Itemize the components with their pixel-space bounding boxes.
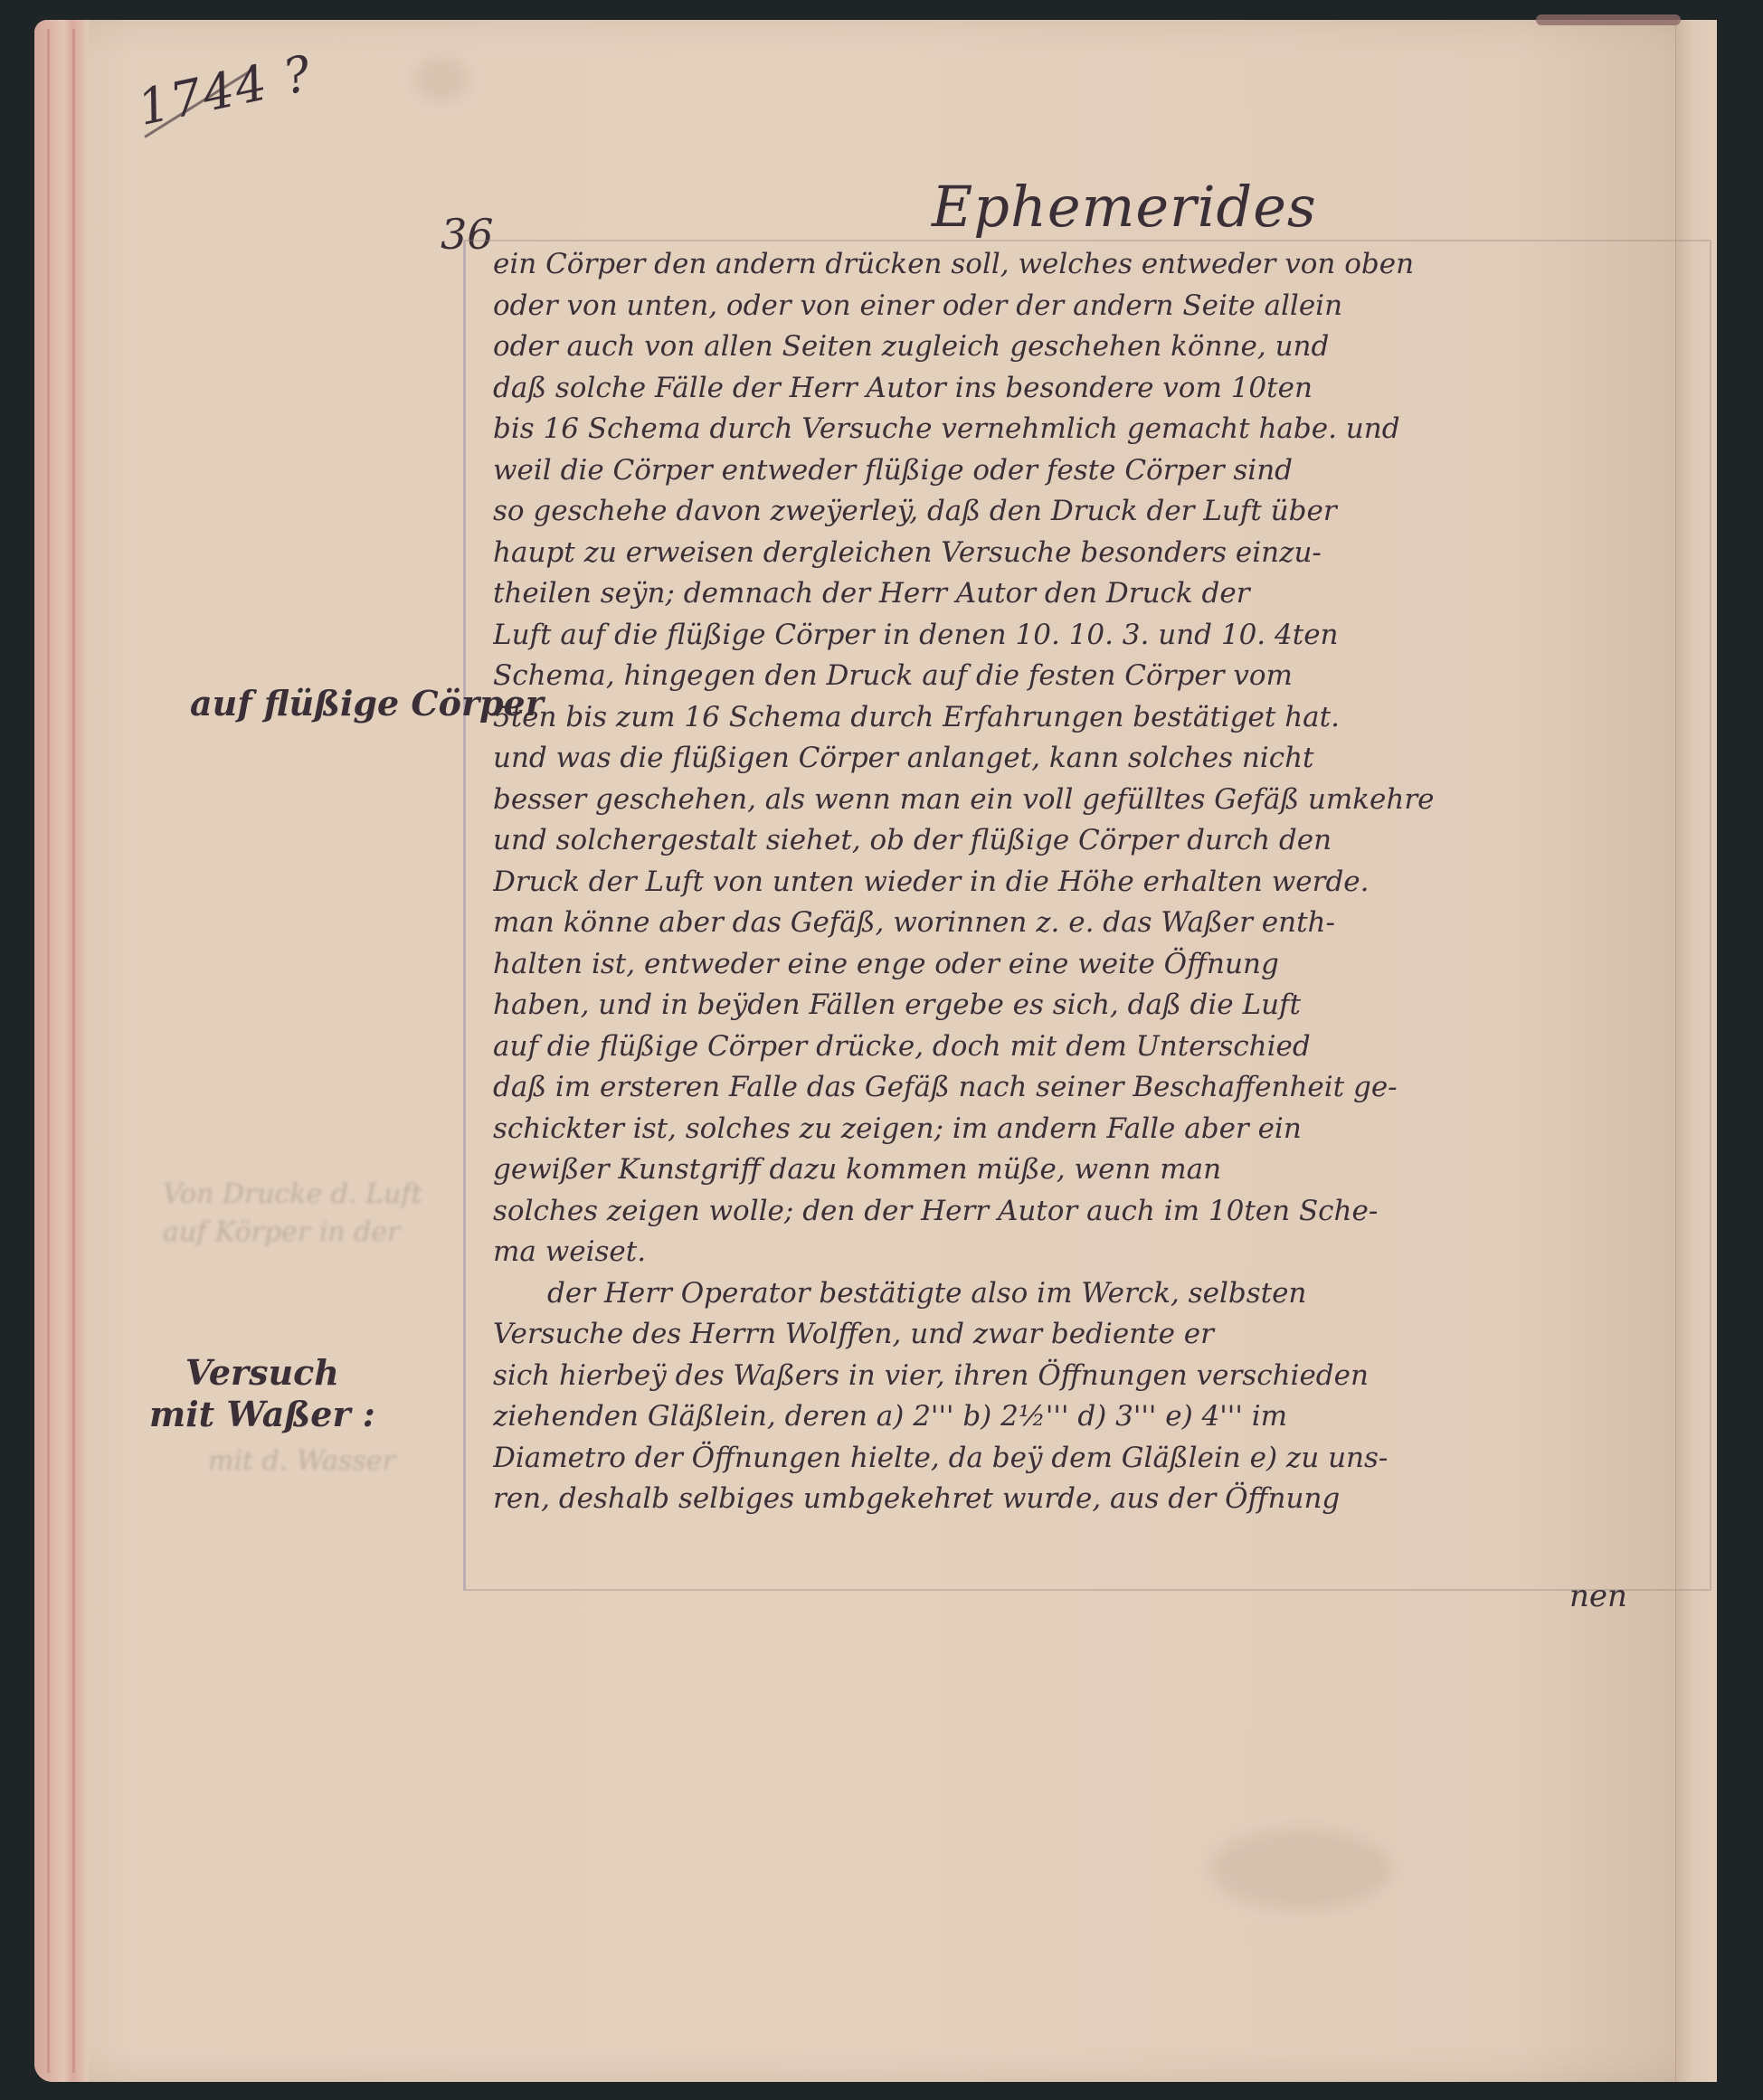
text-line: Versuche des Herrn Wolffen, und zwar bed…: [493, 1314, 1696, 1356]
text-line: besser geschehen, als wenn man ein voll …: [493, 780, 1696, 821]
binding-line: [72, 29, 75, 2073]
text-line: gewißer Kunstgriff dazu kommen müße, wen…: [493, 1149, 1696, 1191]
text-line: haben, und in beÿden Fällen ergebe es si…: [493, 985, 1696, 1026]
margin-note-line: mit Waßer :: [149, 1394, 375, 1435]
text-line: weil die Cörper entweder flüßige oder fe…: [493, 450, 1696, 492]
bleed-through-note: Von Drucke d. Luft auf Körper in der: [163, 1176, 422, 1252]
text-line: und was die flüßigen Cörper anlanget, ka…: [493, 738, 1696, 780]
next-page-edge: [1536, 14, 1681, 25]
margin-note-fluids: auf flüßige Cörper: [190, 683, 544, 724]
bleed-through-line: mit d. Wasser: [208, 1443, 395, 1480]
text-line: daß im ersteren Falle das Gefäß nach sei…: [493, 1067, 1696, 1109]
text-line: schickter ist, solches zu zeigen; im and…: [493, 1109, 1696, 1150]
text-line: ein Cörper den andern drücken soll, welc…: [493, 244, 1696, 286]
margin-note-water-experiment: Versuch mit Waßer :: [149, 1352, 375, 1435]
binding-line: [47, 29, 50, 2073]
text-line: haupt zu erweisen dergleichen Versuche b…: [493, 533, 1696, 574]
text-line: und solchergestalt siehet, ob der flüßig…: [493, 820, 1696, 862]
text-line-paragraph-start: der Herr Operator bestätigte also im Wer…: [493, 1273, 1696, 1315]
text-line: oder von unten, oder von einer oder der …: [493, 286, 1696, 327]
text-line: solches zeigen wolle; den der Herr Autor…: [493, 1191, 1696, 1233]
text-line: so geschehe davon zweÿerleÿ, daß den Dru…: [493, 491, 1696, 533]
text-line: ziehenden Gläßlein, deren a) 2''' b) 2½'…: [493, 1396, 1696, 1438]
catchword: nen: [1569, 1578, 1627, 1614]
text-line: Diametro der Öffnungen hielte, da beÿ de…: [493, 1438, 1696, 1480]
page-title: Ephemerides: [932, 174, 1317, 240]
binding-edge: [34, 20, 89, 2082]
paper-stain: [1210, 1829, 1391, 1910]
text-line: 5ten bis zum 16 Schema durch Erfahrungen…: [493, 697, 1696, 739]
text-line: oder auch von allen Seiten zugleich gesc…: [493, 326, 1696, 368]
text-line: halten ist, entweder eine enge oder eine…: [493, 944, 1696, 986]
ink-stain: [414, 56, 469, 101]
margin-note-line: Versuch: [149, 1352, 375, 1394]
text-line: ma weiset.: [493, 1232, 1696, 1273]
text-line: Luft auf die flüßige Cörper in denen 10.…: [493, 615, 1696, 657]
text-line: ren, deshalb selbiges umbgekehret wurde,…: [493, 1479, 1696, 1520]
text-line: bis 16 Schema durch Versuche vernehmlich…: [493, 409, 1696, 450]
manuscript-body: ein Cörper den andern drücken soll, welc…: [493, 244, 1696, 1520]
bleed-through-line: auf Körper in der: [163, 1214, 422, 1252]
text-line: Druck der Luft von unten wieder in die H…: [493, 862, 1696, 903]
bleed-through-line: Von Drucke d. Luft: [163, 1176, 422, 1214]
text-line: auf die flüßige Cörper drücke, doch mit …: [493, 1026, 1696, 1068]
bleed-through-note: mit d. Wasser: [208, 1443, 395, 1480]
text-line: Schema, hingegen den Druck auf die feste…: [493, 656, 1696, 697]
text-line: daß solche Fälle der Herr Autor ins beso…: [493, 368, 1696, 410]
text-line: man könne aber das Gefäß, worinnen z. e.…: [493, 903, 1696, 944]
text-line: theilen seÿn; demnach der Herr Autor den…: [493, 573, 1696, 615]
text-line: sich hierbeÿ des Waßers in vier, ihren Ö…: [493, 1356, 1696, 1397]
document-viewer: 1744 ? 36 Ephemerides auf flüßige Cörper…: [0, 0, 1763, 2100]
